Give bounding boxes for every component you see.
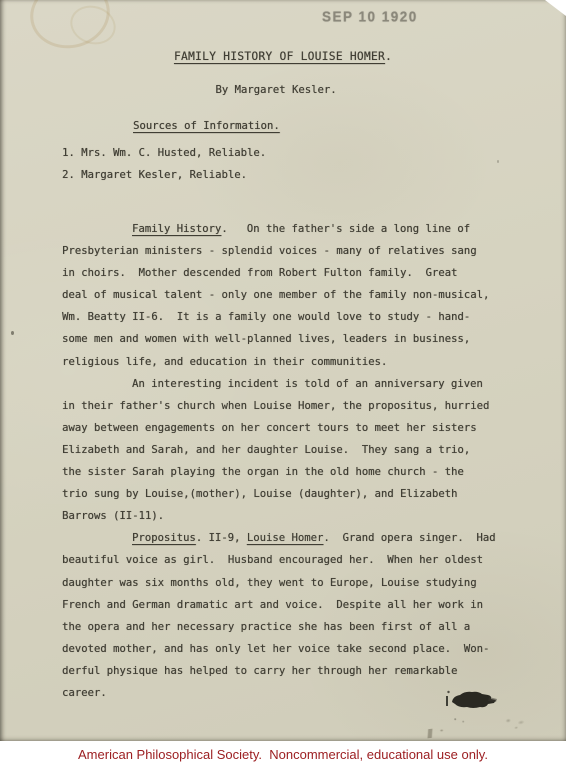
document-line: religious life, and education in their c… (62, 351, 532, 373)
source-item: 1. Mrs. Wm. C. Husted, Reliable. (62, 142, 266, 164)
ink-speck-cluster (452, 716, 468, 724)
document-line: Family History. On the father's side a l… (62, 218, 532, 240)
document-line: French and German dramatic art and voice… (62, 594, 532, 616)
document-line: the sister Sarah playing the organ in th… (62, 461, 532, 483)
document-title-period: . (385, 50, 392, 63)
document-line: in their father's church when Louise Hom… (62, 395, 532, 417)
scanned-document-page: SEP 10 1920 FAMILY HISTORY OF LOUISE HOM… (0, 0, 566, 741)
document-line: beautiful voice as girl. Husband encoura… (62, 549, 532, 571)
pencil-smudge (502, 711, 529, 732)
document-title: FAMILY HISTORY OF LOUISE HOMER. (0, 50, 566, 63)
ink-blot-stain (445, 688, 499, 714)
document-line: in choirs. Mother descended from Robert … (62, 262, 532, 284)
byline: By Margaret Kesler. (0, 84, 552, 96)
sources-heading: Sources of Information. (133, 120, 280, 132)
ink-blot-shape (445, 688, 499, 714)
document-line: Barrows (II-11). (62, 505, 532, 527)
document-line: Wm. Beatty II-6. It is a family one woul… (62, 306, 532, 328)
document-line: devoted mother, and has only let her voi… (62, 638, 532, 660)
credit-text: American Philosophical Society. Noncomme… (78, 747, 488, 762)
document-body: Family History. On the father's side a l… (62, 218, 532, 704)
sources-list: 1. Mrs. Wm. C. Husted, Reliable. 2. Marg… (62, 142, 266, 186)
document-title-text: FAMILY HISTORY OF LOUISE HOMER (174, 50, 385, 63)
paper-speck (497, 160, 499, 163)
credit-strip: American Philosophical Society. Noncomme… (0, 741, 566, 767)
document-line: derful physique has helped to carry her … (62, 660, 532, 682)
source-item: 2. Margaret Kesler, Reliable. (62, 164, 266, 186)
date-stamp: SEP 10 1920 (322, 8, 418, 24)
document-line: Presbyterian ministers - splendid voices… (62, 240, 532, 262)
document-line: some men and women with well-planned liv… (62, 328, 532, 350)
document-line: Propositus. II-9, Louise Homer. Grand op… (62, 527, 532, 549)
document-line: An interesting incident is told of an an… (62, 373, 532, 395)
document-line: away between engagements on her concert … (62, 417, 532, 439)
document-line: the opera and her necessary practice she… (62, 616, 532, 638)
document-line: daughter was six months old, they went t… (62, 572, 532, 594)
paper-speck (11, 331, 14, 335)
document-line: deal of musical talent - only one member… (62, 284, 532, 306)
pencil-mark (413, 727, 448, 740)
document-line: Elizabeth and Sarah, and her daughter Lo… (62, 439, 532, 461)
document-line: trio sung by Louise,(mother), Louise (da… (62, 483, 532, 505)
